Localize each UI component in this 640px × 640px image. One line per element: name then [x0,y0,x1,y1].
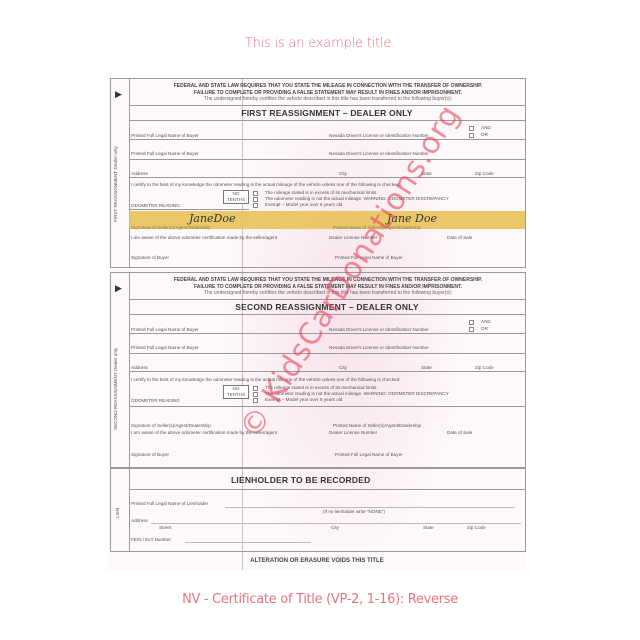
title-document: ▶ FEDERAL AND STATE LAW REQUIRES THAT YO… [108,78,526,570]
option-1-checkbox[interactable] [253,191,258,196]
option-2-label: The odometer reading is not the actual m… [265,196,449,201]
page-title: This is an example title. [0,36,640,51]
or-label: OR [481,132,488,137]
city-field[interactable]: City [339,171,347,176]
date-of-sale-field[interactable]: Date of Sale [447,235,472,240]
aware-text: I am aware of the above odometer certifi… [131,235,277,240]
option-3-checkbox[interactable] [253,203,258,208]
seller-signature-label: Signature of Seller(s)/Agent/Dealership [131,225,211,230]
buyer-name-1-field[interactable]: Printed Full Legal Name of Buyer [131,327,199,332]
option-1-label: The mileage stated is in excess of its m… [265,190,378,195]
no-tenths-box: NO TENTHS [223,385,249,399]
seller-signature[interactable]: JaneDoe [189,212,236,225]
seller-printed-field[interactable]: Printed Name of Seller(s)/Agent/Dealersh… [333,423,421,428]
lienholder-none-note: (If no lienholder write "NONE") [323,509,385,514]
buyer-signature-field[interactable]: Signature of Buyer [131,255,169,260]
buyer-name-1-field[interactable]: Printed Full Legal Name of Buyer [131,133,199,138]
caption: NV - Certificate of Title (VP-2, 1-16): … [0,592,640,607]
odometer-certify-text: I certify to the best of my knowledge th… [131,182,400,187]
first-reassignment-section: ▶ FEDERAL AND STATE LAW REQUIRES THAT YO… [110,78,526,268]
odometer-reading-field[interactable]: ODOMETER READING [131,398,180,403]
buyer-signature-field[interactable]: Signature of Buyer [131,452,169,457]
city-label: City [331,525,339,530]
first-side-label: FIRST REASSIGNMENT Dealer only [113,139,118,229]
and-checkbox[interactable] [469,320,474,325]
zip-field[interactable]: Zip Code [475,365,494,370]
option-2-checkbox[interactable] [253,197,258,202]
lienholder-address-field[interactable]: Address [131,518,148,523]
lienholder-heading: LIENHOLDER TO BE RECORDED [231,475,431,485]
second-side-label: SECOND REASSIGNMENT Dealer only [113,339,118,439]
lienholder-section: LIEN LIENHOLDER TO BE RECORDED Printed F… [110,468,526,552]
lien-side-label: LIEN [115,503,120,523]
state-field[interactable]: State [421,365,432,370]
or-checkbox[interactable] [469,133,474,138]
no-tenths-box: NO TENTHS [223,190,249,204]
buyer-name-2-field[interactable]: Printed Full Legal Name of Buyer [131,151,199,156]
seller-signature-field[interactable]: Signature of Seller(s)/Agent/Dealership [131,423,211,428]
city-field[interactable]: City [339,365,347,370]
dealer-license-field[interactable]: Dealer License Number [329,430,377,435]
and-label: AND [481,125,491,130]
lienholder-name-field[interactable]: Printed Full Legal Name of Lienholder [131,501,208,506]
arrow-right-icon: ▶ [115,89,122,100]
buyer-printed-field[interactable]: Printed Full Legal Name of Buyer [335,452,403,457]
zip-label: Zip Code [467,525,486,530]
zip-field[interactable]: Zip Code [475,171,494,176]
or-label: OR [481,326,488,331]
law-notice-line3: The undersigned hereby certifies the veh… [131,96,525,103]
address-field[interactable]: Address [131,171,148,176]
alteration-notice: ALTERATION OR ERASURE VOIDS THIS TITLE [108,558,526,564]
address-field[interactable]: Address [131,365,148,370]
fein-elt-field[interactable]: FEIN / ELT Number [131,537,171,542]
and-label: AND [481,319,491,324]
law-notice-line1: FEDERAL AND STATE LAW REQUIRES THAT YOU … [131,83,525,90]
license-1-field[interactable]: Nevada Driver's License or Identificatio… [329,327,429,332]
license-2-field[interactable]: Nevada Driver's License or Identificatio… [329,345,429,350]
date-of-sale-field[interactable]: Date of Sale [447,430,472,435]
option-3-label: Exempt – Model year over 9 years old [265,202,342,207]
arrow-right-icon: ▶ [115,283,122,294]
and-checkbox[interactable] [469,126,474,131]
buyer-name-2-field[interactable]: Printed Full Legal Name of Buyer [131,345,199,350]
state-label: State [423,525,434,530]
or-checkbox[interactable] [469,327,474,332]
odometer-reading-field[interactable]: ODOMETER READING [131,203,180,208]
street-label: Street [159,525,171,530]
